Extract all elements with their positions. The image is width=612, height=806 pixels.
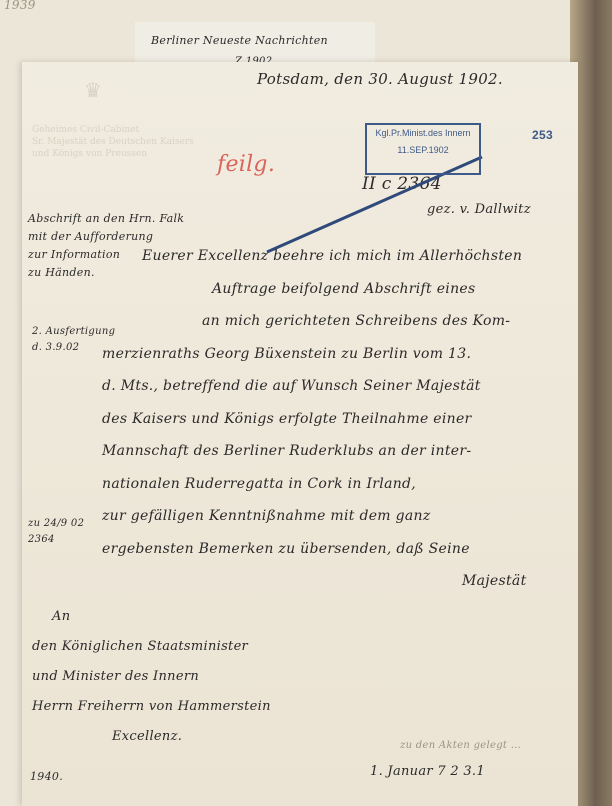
corner-note: 1939 <box>4 0 36 12</box>
body-line: ergebensten Bemerken zu übersenden, daß … <box>102 533 527 566</box>
address-line: Excellenz. <box>32 722 271 752</box>
body-line: des Kaisers und Königs erfolgte Theilnah… <box>102 403 527 436</box>
document-page: ♛ Geheimes Civil-Cabinet Sr. Majestät de… <box>22 62 578 806</box>
eagle-emboss-icon: ♛ <box>84 84 102 96</box>
embossed-letterhead: Geheimes Civil-Cabinet Sr. Majestät des … <box>32 124 194 160</box>
letterhead-line: Sr. Majestät des Deutschen Kaisers <box>32 136 194 148</box>
footer-left-number: 1940. <box>30 770 63 783</box>
letterhead-line: und Königs von Preussen <box>32 148 194 160</box>
stamp-date: 11.SEP.1902 <box>367 142 479 159</box>
body-line: Mannschaft des Berliner Ruderklubs an de… <box>102 435 527 468</box>
letterhead-line: Geheimes Civil-Cabinet <box>32 124 194 136</box>
footer-reference: 1. Januar 7 2 3.1 <box>370 764 485 779</box>
address-block: An den Königlichen Staatsminister und Mi… <box>32 602 271 752</box>
body-line: Auftrage beifolgend Abschrift eines <box>142 273 527 306</box>
margin-note: Abschrift an den Hrn. Falk <box>28 210 184 228</box>
body-line: d. Mts., betreffend die auf Wunsch Seine… <box>102 370 527 403</box>
body-line: Majestät <box>142 565 527 598</box>
margin-note: zu 24/9 02 <box>28 516 84 532</box>
address-line: den Königlichen Staatsminister <box>32 632 271 662</box>
margin-reference: zu 24/9 02 2364 <box>28 516 84 548</box>
letter-body: Euerer Excellenz beehre ich mich im Alle… <box>142 240 527 598</box>
body-line: nationalen Ruderregatta in Cork in Irlan… <box>102 468 527 501</box>
body-line: zur gefälligen Kenntnißnahme mit dem gan… <box>102 500 527 533</box>
body-line: Euerer Excellenz beehre ich mich im Alle… <box>142 240 527 273</box>
address-line: und Minister des Innern <box>32 662 271 692</box>
stamp-line1: Kgl.Pr.Minist.des Innern <box>367 125 479 142</box>
ministry-receipt-stamp: Kgl.Pr.Minist.des Innern 11.SEP.1902 <box>365 123 481 175</box>
body-line: merzienraths Georg Büxenstein zu Berlin … <box>102 338 527 371</box>
pencil-note: zu den Akten gelegt ... <box>400 740 521 751</box>
body-line: an mich gerichteten Schreibens des Kom- <box>142 305 527 338</box>
folder-label-line1: Berliner Neueste Nachrichten <box>151 34 328 47</box>
place-date: Potsdam, den 30. August 1902. <box>257 70 503 88</box>
address-line: Herrn Freiherrn von Hammerstein <box>32 692 271 722</box>
address-line: An <box>32 602 271 632</box>
folio-number: 253 <box>532 128 553 142</box>
margin-note: 2364 <box>28 532 84 548</box>
